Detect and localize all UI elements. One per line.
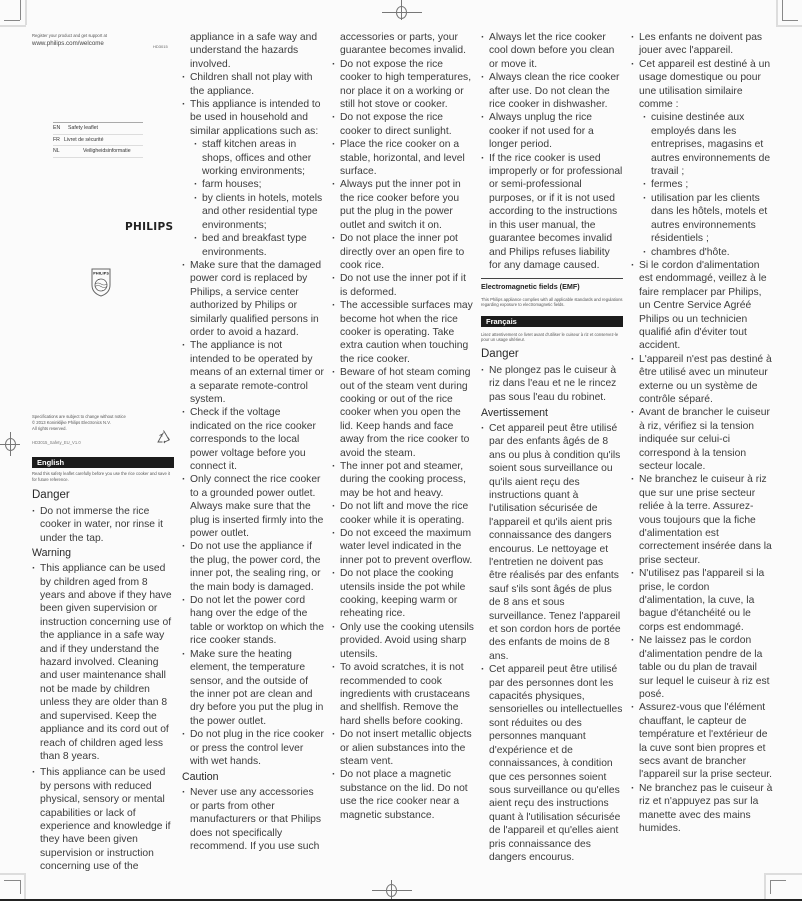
sub-list-item: utilisation par les clients dans les hôt… xyxy=(643,192,773,246)
column-5: Les enfants ne doivent pas jouer avec l'… xyxy=(631,31,773,835)
column-4: Always let the rice cooker cool down bef… xyxy=(481,31,623,864)
emf-heading: Electromagnetic fields (EMF) xyxy=(481,278,623,293)
warning-heading: Warning xyxy=(32,546,174,560)
continued-text: appliance in a safe way and understand t… xyxy=(182,31,324,71)
column-2: appliance in a safe way and understand t… xyxy=(182,31,324,853)
list-item: Never use any accessories or parts from … xyxy=(182,786,324,853)
caution-list-continued: Do not expose the rice cooker to high te… xyxy=(332,58,474,822)
danger-heading: Danger xyxy=(32,488,174,503)
list-item: Do not exceed the maximum water level in… xyxy=(332,527,474,567)
list-item: To avoid scratches, it is not recommende… xyxy=(332,661,474,728)
list-item: This appliance can be used by persons wi… xyxy=(32,766,174,873)
caution-list: Never use any accessories or parts from … xyxy=(182,786,324,853)
english-intro: Read this safety leaflet carefully befor… xyxy=(32,471,174,482)
section-header-french: Français xyxy=(481,316,623,327)
list-item: Ne plongez pas le cuiseur à riz dans l'e… xyxy=(481,364,623,404)
warning-list-continued: Children shall not play with the applian… xyxy=(182,71,324,768)
list-item: Only use the cooking utensils provided. … xyxy=(332,621,474,661)
warning-list-fr: Cet appareil peut être utilisé par des e… xyxy=(481,422,623,864)
list-item: Do not use the appliance if the plug, th… xyxy=(182,540,324,594)
model-number: HD3015 xyxy=(153,44,168,49)
list-item: Do not place a magnetic substance on the… xyxy=(332,768,474,822)
sub-list-item: by clients in hotels, motels and other r… xyxy=(194,192,324,232)
warning-list: This appliance can be used by children a… xyxy=(32,562,174,873)
doc-code: HD3015_Safety_EU_V1.0 xyxy=(32,440,81,446)
list-item: This appliance is intended to be used in… xyxy=(182,98,324,259)
list-item: Always put the inner pot in the rice coo… xyxy=(332,178,474,232)
sub-list-item: staff kitchen areas in shops, offices an… xyxy=(194,138,324,178)
language-row-en: EN Safety leaflet xyxy=(53,123,143,135)
danger-list: Do not immerse the rice cooker in water,… xyxy=(32,505,174,545)
list-item: Make sure the heating element, the tempe… xyxy=(182,648,324,728)
list-item: Place the rice cooker on a stable, horiz… xyxy=(332,138,474,178)
danger-heading-fr: Danger xyxy=(481,347,623,362)
list-item: Cet appareil peut être utilisé par des p… xyxy=(481,663,623,864)
rights-reserved: All rights reserved. xyxy=(32,426,67,432)
list-item: Avant de brancher le cuiseur à riz, véri… xyxy=(631,406,773,473)
list-item: The appliance is not intended to be oper… xyxy=(182,339,324,406)
sub-list-item: chambres d'hôte. xyxy=(643,246,773,259)
list-item: Always clean the rice cooker after use. … xyxy=(481,71,623,111)
list-item: The inner pot and steamer, during the co… xyxy=(332,460,474,500)
list-item: Do not place the cooking utensils inside… xyxy=(332,567,474,621)
list-item: Always let the rice cooker cool down bef… xyxy=(481,31,623,71)
welcome-url[interactable]: www.philips.com/welcome xyxy=(32,40,104,47)
list-item: Check if the voltage indicated on the ri… xyxy=(182,406,324,473)
list-item: Beware of hot steam coming out of the st… xyxy=(332,366,474,460)
list-item: Les enfants ne doivent pas jouer avec l'… xyxy=(631,31,773,58)
list-item: Do not immerse the rice cooker in water,… xyxy=(32,505,174,545)
philips-wordmark: PHILIPS xyxy=(125,221,173,233)
list-item: Do not plug in the rice cooker or press … xyxy=(182,728,324,768)
column-3: accessories or parts, your guarantee bec… xyxy=(332,31,474,822)
register-text: Register your product and get support at xyxy=(32,33,107,39)
list-item: Children shall not play with the applian… xyxy=(182,71,324,98)
emf-text: This Philips appliance complies with all… xyxy=(481,297,623,308)
language-index: EN Safety leaflet FR Livret de sécurité … xyxy=(53,122,143,158)
list-item: Assurez-vous que l'élément chauffant, le… xyxy=(631,701,773,781)
list-item: Do not expose the rice cooker to high te… xyxy=(332,58,474,112)
list-item: L'appareil n'est pas destiné à être util… xyxy=(631,353,773,407)
list-item: Do not place the inner pot directly over… xyxy=(332,232,474,272)
sub-list: staff kitchen areas in shops, offices an… xyxy=(190,138,324,259)
recycle-icon xyxy=(156,429,171,444)
list-item: Ne branchez pas le cuiseur à riz et n'ap… xyxy=(631,782,773,836)
list-item: Cet appareil peut être utilisé par des e… xyxy=(481,422,623,663)
philips-shield-icon: PHILIPS xyxy=(90,267,112,297)
list-item: Ne branchez le cuiseur à riz que sur une… xyxy=(631,473,773,567)
list-item: Do not let the power cord hang over the … xyxy=(182,594,324,648)
svg-text:PHILIPS: PHILIPS xyxy=(93,272,109,276)
warning-list-fr-continued: Les enfants ne doivent pas jouer avec l'… xyxy=(631,31,773,835)
list-item: Do not expose the rice cooker to direct … xyxy=(332,111,474,138)
list-item: Cet appareil est destiné à un usage dome… xyxy=(631,58,773,259)
spec-notice: Specifications are subject to change wit… xyxy=(32,414,126,420)
sub-list: cuisine destinée aux employés dans les e… xyxy=(639,111,773,258)
sub-list-item: farm houses; xyxy=(194,178,324,191)
section-header-english: English xyxy=(32,457,174,468)
list-item: N'utilisez pas l'appareil si la prise, l… xyxy=(631,567,773,634)
list-item: Always unplug the rice cooker if not use… xyxy=(481,111,623,151)
list-item: The accessible surfaces may become hot w… xyxy=(332,299,474,366)
sub-list-item: bed and breakfast type environments. xyxy=(194,232,324,259)
list-item: Make sure that the damaged power cord is… xyxy=(182,259,324,339)
list-item: Only connect the rice cooker to a ground… xyxy=(182,473,324,540)
language-row-nl: NL Veiligheidsinformatie xyxy=(53,146,143,158)
list-item: Do not insert metallic objects or alien … xyxy=(332,728,474,768)
caution-list-end: Always let the rice cooker cool down bef… xyxy=(481,31,623,272)
sub-list-item: fermes ; xyxy=(643,178,773,191)
list-item: Si le cordon d'alimentation est endommag… xyxy=(631,259,773,353)
list-item: This appliance can be used by children a… xyxy=(32,562,174,763)
list-item: If the rice cooker is used improperly or… xyxy=(481,152,623,273)
sub-list-item: cuisine destinée aux employés dans les e… xyxy=(643,111,773,178)
language-row-fr: FR Livret de sécurité xyxy=(53,135,143,147)
warning-heading-fr: Avertissement xyxy=(481,406,623,420)
list-item: Do not lift and move the rice cooker whi… xyxy=(332,500,474,527)
french-intro: Lisez attentivement ce livret avant d'ut… xyxy=(481,332,623,343)
copyright: © 2013 Koninklijke Philips Electronics N… xyxy=(32,420,111,426)
continued-text: accessories or parts, your guarantee bec… xyxy=(332,31,474,58)
danger-list-fr: Ne plongez pas le cuiseur à riz dans l'e… xyxy=(481,364,623,404)
list-item: Ne laissez pas le cordon d'alimentation … xyxy=(631,634,773,701)
caution-heading: Caution xyxy=(182,770,324,784)
list-item: Do not use the inner pot if it is deform… xyxy=(332,272,474,299)
